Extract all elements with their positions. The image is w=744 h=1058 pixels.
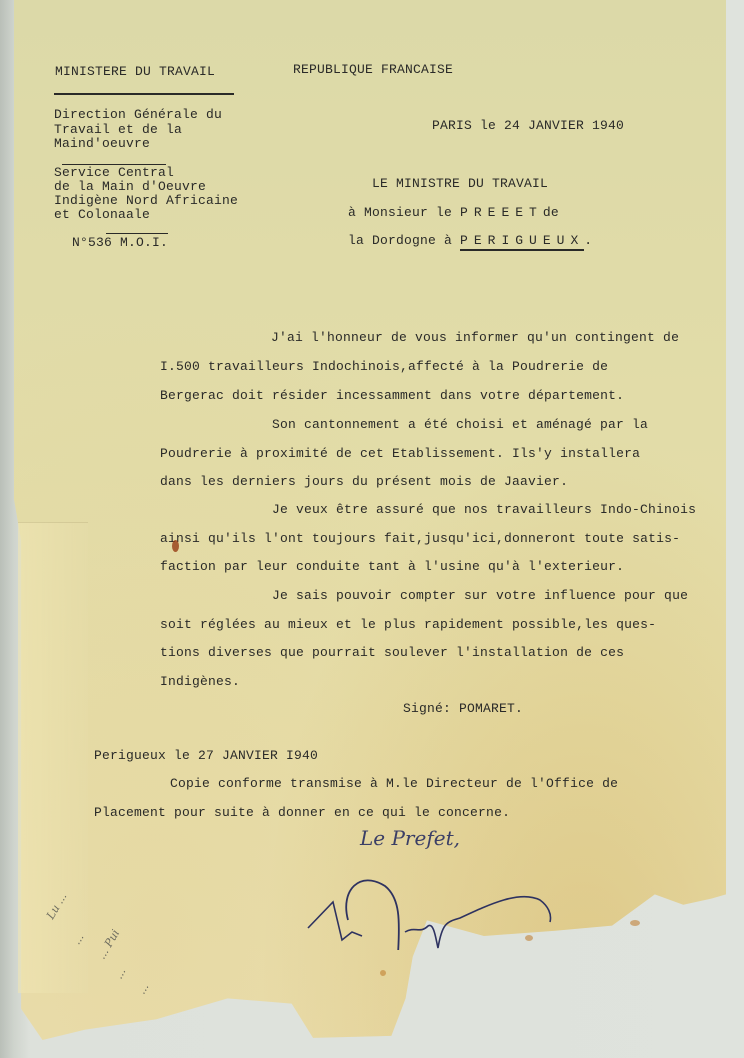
direction-line-3: Maind'oeuvre: [54, 136, 150, 151]
stain: [630, 920, 640, 926]
repair-tape: [18, 522, 88, 993]
copy-line-1: Copie conforme transmise à M.le Directeu…: [170, 776, 618, 791]
service-line-4: et Colonaale: [54, 207, 150, 222]
period: .: [584, 233, 592, 248]
heading-rule: [54, 93, 234, 95]
body-line: Je sais pouvoir compter sur votre influe…: [272, 588, 688, 603]
recipient-line-2: la Dordogne à PERIGUEUX.: [348, 233, 592, 248]
copy-line-2: Placement pour suite à donner en ce qui …: [94, 805, 510, 820]
service-line-3: Indigène Nord Africaine: [54, 193, 238, 208]
ministry-heading: MINISTERE DU TRAVAIL: [55, 64, 215, 79]
prefect-signature: [300, 860, 560, 950]
direction-line-1: Direction Générale du: [54, 107, 222, 122]
body-line: Son cantonnement a été choisi et aménagé…: [272, 417, 648, 432]
body-line: Je veux être assuré que nos travailleurs…: [272, 502, 696, 517]
body-line: soit réglées au mieux et le plus rapidem…: [160, 617, 656, 632]
reference-rule: [106, 233, 168, 234]
republic-heading: REPUBLIQUE FRANCAISE: [293, 62, 453, 77]
direction-line-2: Travail et de la: [54, 122, 182, 137]
service-line-1: Service Central: [54, 165, 174, 180]
recipient-city: PERIGUEUX: [460, 233, 584, 251]
body-line: Bergerac doit résider incessamment dans …: [160, 388, 624, 403]
recipient-suffix: de: [543, 205, 559, 220]
recipient-title: PREEET: [460, 205, 543, 220]
recipient-prefix: à Monsieur le: [348, 205, 452, 220]
recipient-location: la Dordogne à: [348, 233, 452, 248]
body-line: Indigènes.: [160, 674, 240, 689]
ink-stain: [172, 540, 179, 552]
stain: [525, 935, 533, 941]
recipient-line-1: à Monsieur le PREEETde: [348, 205, 559, 220]
body-line: tions diverses que pourrait soulever l'i…: [160, 645, 624, 660]
typed-signature: Signé: POMARET.: [403, 701, 523, 716]
stain: [380, 970, 386, 976]
sender: LE MINISTRE DU TRAVAIL: [372, 176, 548, 191]
copy-dateline: Perigueux le 27 JANVIER I940: [94, 748, 318, 763]
service-line-2: de la Main d'Oeuvre: [54, 179, 206, 194]
body-line: dans les derniers jours du présent mois …: [160, 474, 568, 489]
body-line: faction par leur conduite tant à l'usine…: [160, 559, 624, 574]
body-line: ainsi qu'ils l'ont toujours fait,jusqu'i…: [160, 531, 680, 546]
body-line: I.500 travailleurs Indochinois,affecté à…: [160, 359, 608, 374]
dateline: PARIS le 24 JANVIER 1940: [432, 118, 624, 133]
reference-number: N°536 M.O.I.: [72, 235, 168, 250]
handwritten-closing: Le Prefet,: [360, 826, 460, 850]
body-line: J'ai l'honneur de vous informer qu'un co…: [271, 330, 679, 345]
body-line: Poudrerie à proximité de cet Etablisseme…: [160, 446, 640, 461]
